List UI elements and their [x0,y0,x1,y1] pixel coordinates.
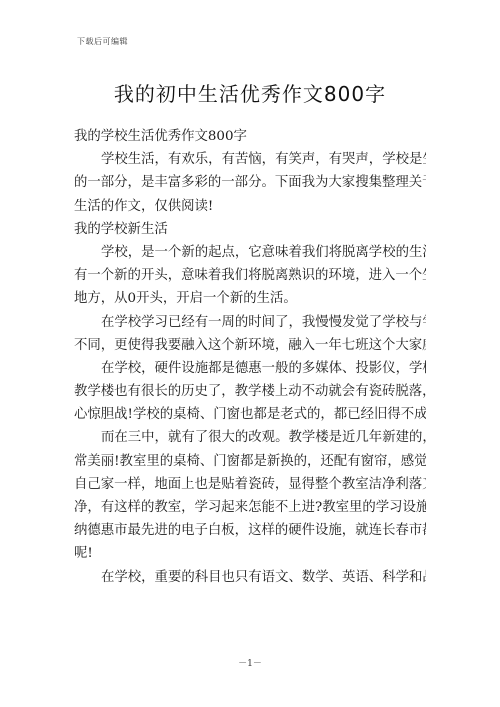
paragraph-line: 心惊胆战!学校的桌椅、门窗也都是老式的，都已经旧得不成样子。 [74,403,426,426]
paragraph-line: 学校生活，有欢乐，有苦恼，有笑声，有哭声，学校是生活 [74,148,426,171]
paragraph-line: 不同，更使得我要融入这个新环境，融入一年七班这个大家庭。 [74,334,426,357]
paragraph-line: 教学楼也有很长的历史了，教学楼上动不动就会有瓷砖脱落，让人 [74,380,426,403]
document-title: 我的初中生活优秀作文800字 [0,78,500,107]
paragraph-line: 自己家一样，地面上也是贴着瓷砖，显得整个教室洁净利落又干 [74,473,426,496]
paragraph-line: 净，有这样的教室，学习起来怎能不上进?教室里的学习设施也是采 [74,496,426,519]
paragraph-line: 而在三中，就有了很大的改观。教学楼是近几年新建的，非 [74,426,426,449]
paragraph-line: 地方，从0开头，开启一个新的生活。 [74,287,426,310]
paragraph-line: 纳德惠市最先进的电子白板，这样的硬件设施，就连长春市都少有 [74,519,426,542]
section-heading: 我的学校生活优秀作文800字 [74,125,426,148]
paragraph-line: 常美丽!教室里的桌椅、门窗都是新换的，还配有窗帘，感觉就像在 [74,450,426,473]
paragraph-line: 呢! [74,542,426,565]
paragraph-line: 在学校，重要的科目也只有语文、数学、英语、科学和品德 [74,566,426,589]
header-note: 下载后可编辑 [77,36,128,47]
paragraph-line: 学校，是一个新的起点，它意味着我们将脱离学校的生活， [74,241,426,264]
paragraph-line: 生活的作文，仅供阅读! [74,195,426,218]
paragraph-line: 的一部分，是丰富多彩的一部分。下面我为大家搜集整理关于学校 [74,171,426,194]
page-number: －1－ [0,656,500,669]
section-heading: 我的学校新生活 [74,218,426,241]
document-body: 我的学校生活优秀作文800字 学校生活，有欢乐，有苦恼，有笑声，有哭声，学校是生… [74,125,426,589]
paragraph-line: 在学校学习已经有一周的时间了，我慢慢发觉了学校与学校 [74,311,426,334]
paragraph-line: 有一个新的开头，意味着我们将脱离熟识的环境，进入一个生疏的 [74,264,426,287]
paragraph-line: 在学校，硬件设施都是德惠一般的多媒体、投影仪，学校的 [74,357,426,380]
